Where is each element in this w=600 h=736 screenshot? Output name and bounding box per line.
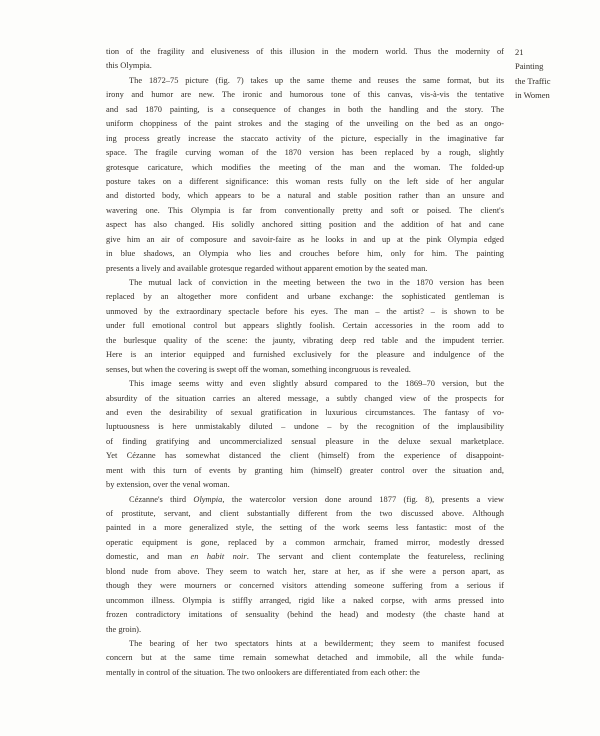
text-line: operatic equipment is gone, replaced by … <box>106 536 504 550</box>
margin-column: 21 Painting the Traffic in Women <box>515 45 595 103</box>
running-head-line: Painting <box>515 59 595 73</box>
text-line: Here is an interior equipped and furnish… <box>106 348 504 362</box>
text-line: by extension, over the venal woman. <box>106 478 504 492</box>
text-line: ing process greatly increase the staccat… <box>106 132 504 146</box>
text-line: blond nude from above. They seem to watc… <box>106 565 504 579</box>
text-line: under full emotional control but appears… <box>106 319 504 333</box>
text-line: and distorted body, which appears to be … <box>106 189 504 203</box>
text-line: and sad 1870 painting, is a consequence … <box>106 103 504 117</box>
text-line: painted in a more generalized style, the… <box>106 521 504 535</box>
text-line: The mutual lack of conviction in the mee… <box>106 276 504 290</box>
text-line: the burlesque quality of the scene: the … <box>106 334 504 348</box>
text-line: luptuousness is here unmistakably dilute… <box>106 420 504 434</box>
page-text: tion of the fragility and elusiveness of… <box>106 45 504 680</box>
text-line: This image seems witty and even slightly… <box>106 377 504 391</box>
text-line: space. The fragile curving woman of the … <box>106 146 504 160</box>
text-line: unmoved by the extraordinary spectacle b… <box>106 305 504 319</box>
text-line: and even the desirability of sexual grat… <box>106 406 504 420</box>
text-line: grotesque caricature, which modifies the… <box>106 161 504 175</box>
text-line: uniform choppiness of the paint strokes … <box>106 117 504 131</box>
text-line: replaced by an altogether more confident… <box>106 290 504 304</box>
text-line: absurdity of the situation carries an al… <box>106 392 504 406</box>
text-line: The bearing of her two spectators hints … <box>106 637 504 651</box>
text-line: though they were mourners or concerned v… <box>106 579 504 593</box>
text-line: concern but at the same time remain some… <box>106 651 504 665</box>
text-line: senses, but when the covering is swept o… <box>106 363 504 377</box>
text-line: uncommon illness. Olympia is stiffly arr… <box>106 594 504 608</box>
text-line: presents a lively and available grotesqu… <box>106 262 504 276</box>
text-line: of finding gratifying and uncommercializ… <box>106 435 504 449</box>
text-line: frozen contradictory imitations of sensu… <box>106 608 504 622</box>
page-number: 21 <box>515 45 595 59</box>
text-line: posture takes on a different significanc… <box>106 175 504 189</box>
italic-text: Olympia <box>193 495 222 504</box>
text-line: aspect has also changed. His solidly anc… <box>106 218 504 232</box>
text-line: the groin). <box>106 623 504 637</box>
text-line: in blue shadows, an Olympia who lies and… <box>106 247 504 261</box>
text-line: tion of the fragility and elusiveness of… <box>106 45 504 59</box>
running-head-line: the Traffic <box>515 74 595 88</box>
text-line: mentally in control of the situation. Th… <box>106 666 504 680</box>
text-line: of prostitute, servant, and client subst… <box>106 507 504 521</box>
text-line: wavering one. This Olympia is far from c… <box>106 204 504 218</box>
italic-text: en habit noir <box>190 552 246 561</box>
text-line: domestic, and man en habit noir. The ser… <box>106 550 504 564</box>
text-line: ment with this turn of events by grantin… <box>106 464 504 478</box>
text-line: give him an air of composure and savoir-… <box>106 233 504 247</box>
text-line: Yet Cézanne has somewhat distanced the c… <box>106 449 504 463</box>
running-head-line: in Women <box>515 88 595 102</box>
text-line: Cézanne's third Olympia, the watercolor … <box>106 493 504 507</box>
text-line: The 1872–75 picture (fig. 7) takes up th… <box>106 74 504 88</box>
text-line: irony and humor are new. The ironic and … <box>106 88 504 102</box>
text-line: this Olympia. <box>106 59 504 73</box>
book-page: tion of the fragility and elusiveness of… <box>0 0 600 736</box>
